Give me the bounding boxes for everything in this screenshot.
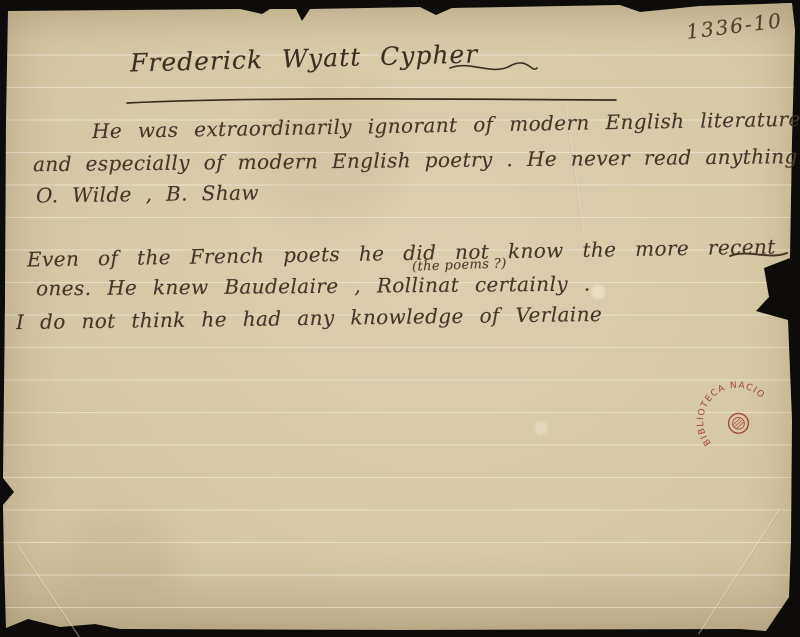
handwritten-line: ones. He knew Baudelaire , Rollinat cert…	[36, 272, 591, 301]
scanned-manuscript: 1336-10 Frederick Wyatt Cypher He was ex…	[0, 0, 800, 637]
title-flourish-line	[448, 56, 540, 82]
end-of-line-flourish	[728, 246, 790, 264]
title-underline	[124, 92, 620, 108]
stamp-emblem	[725, 409, 753, 437]
handwritten-line: O. Wilde , B. Shaw	[36, 180, 259, 207]
